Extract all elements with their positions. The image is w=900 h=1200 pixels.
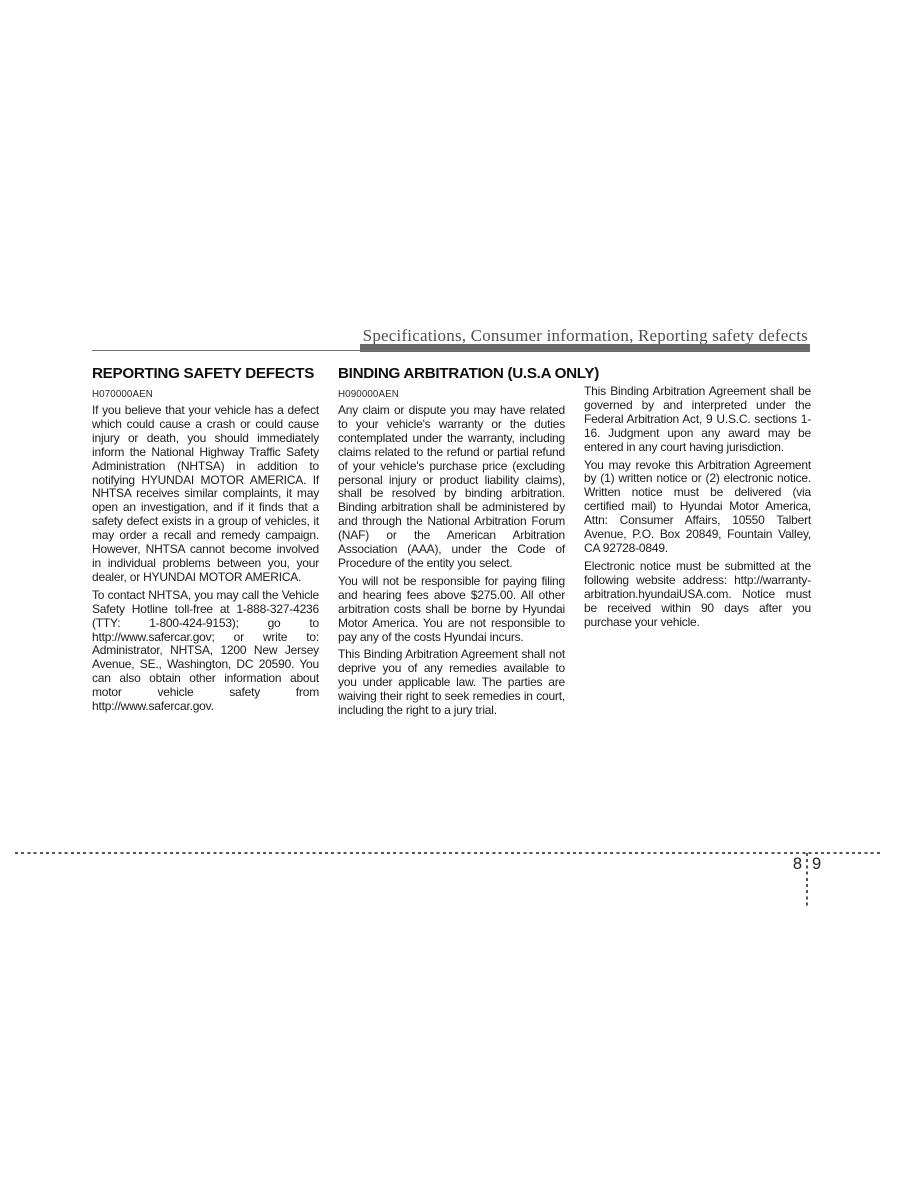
manual-page: Specifications, Consumer information, Re… (0, 0, 900, 1200)
paragraph: Electronic notice must be submitted at t… (584, 560, 811, 630)
paragraph: To contact NHTSA, you may call the Vehic… (92, 589, 319, 714)
arbitration-body-col2: Any claim or dispute you may have relate… (338, 404, 565, 718)
paragraph: You may revoke this Arbitration Agreemen… (584, 459, 811, 556)
column-spacer (584, 364, 811, 381)
section-title-binding-arbitration: BINDING ARBITRATION (U.S.A ONLY) (338, 364, 565, 383)
column-reporting-safety-defects: REPORTING SAFETY DEFECTS H070000AEN If y… (92, 364, 319, 718)
column-binding-arbitration-continued: This Binding Arbitration Agreement shall… (584, 364, 811, 718)
running-header: Specifications, Consumer information, Re… (92, 326, 808, 345)
paragraph: You will not be responsible for paying f… (338, 575, 565, 645)
page-number-divider (806, 853, 808, 908)
section-code-arbitration: H090000AEN (338, 390, 565, 400)
page-number-page: 9 (812, 855, 821, 873)
column-binding-arbitration: BINDING ARBITRATION (U.S.A ONLY) H090000… (338, 364, 565, 718)
paragraph: This Binding Arbitration Agreement shall… (584, 385, 811, 455)
header-rule (92, 350, 810, 351)
paragraph: Any claim or dispute you may have relate… (338, 404, 565, 571)
paragraph: This Binding Arbitration Agreement shall… (338, 648, 565, 718)
footer-dashed-rule (15, 852, 881, 854)
content-columns: REPORTING SAFETY DEFECTS H070000AEN If y… (92, 364, 810, 718)
page-number-chapter: 8 (774, 855, 802, 873)
section-code-reporting: H070000AEN (92, 390, 319, 400)
arbitration-body-col3: This Binding Arbitration Agreement shall… (584, 385, 811, 629)
paragraph: If you believe that your vehicle has a d… (92, 404, 319, 585)
reporting-body: If you believe that your vehicle has a d… (92, 404, 319, 714)
section-title-reporting-safety-defects: REPORTING SAFETY DEFECTS (92, 364, 319, 383)
